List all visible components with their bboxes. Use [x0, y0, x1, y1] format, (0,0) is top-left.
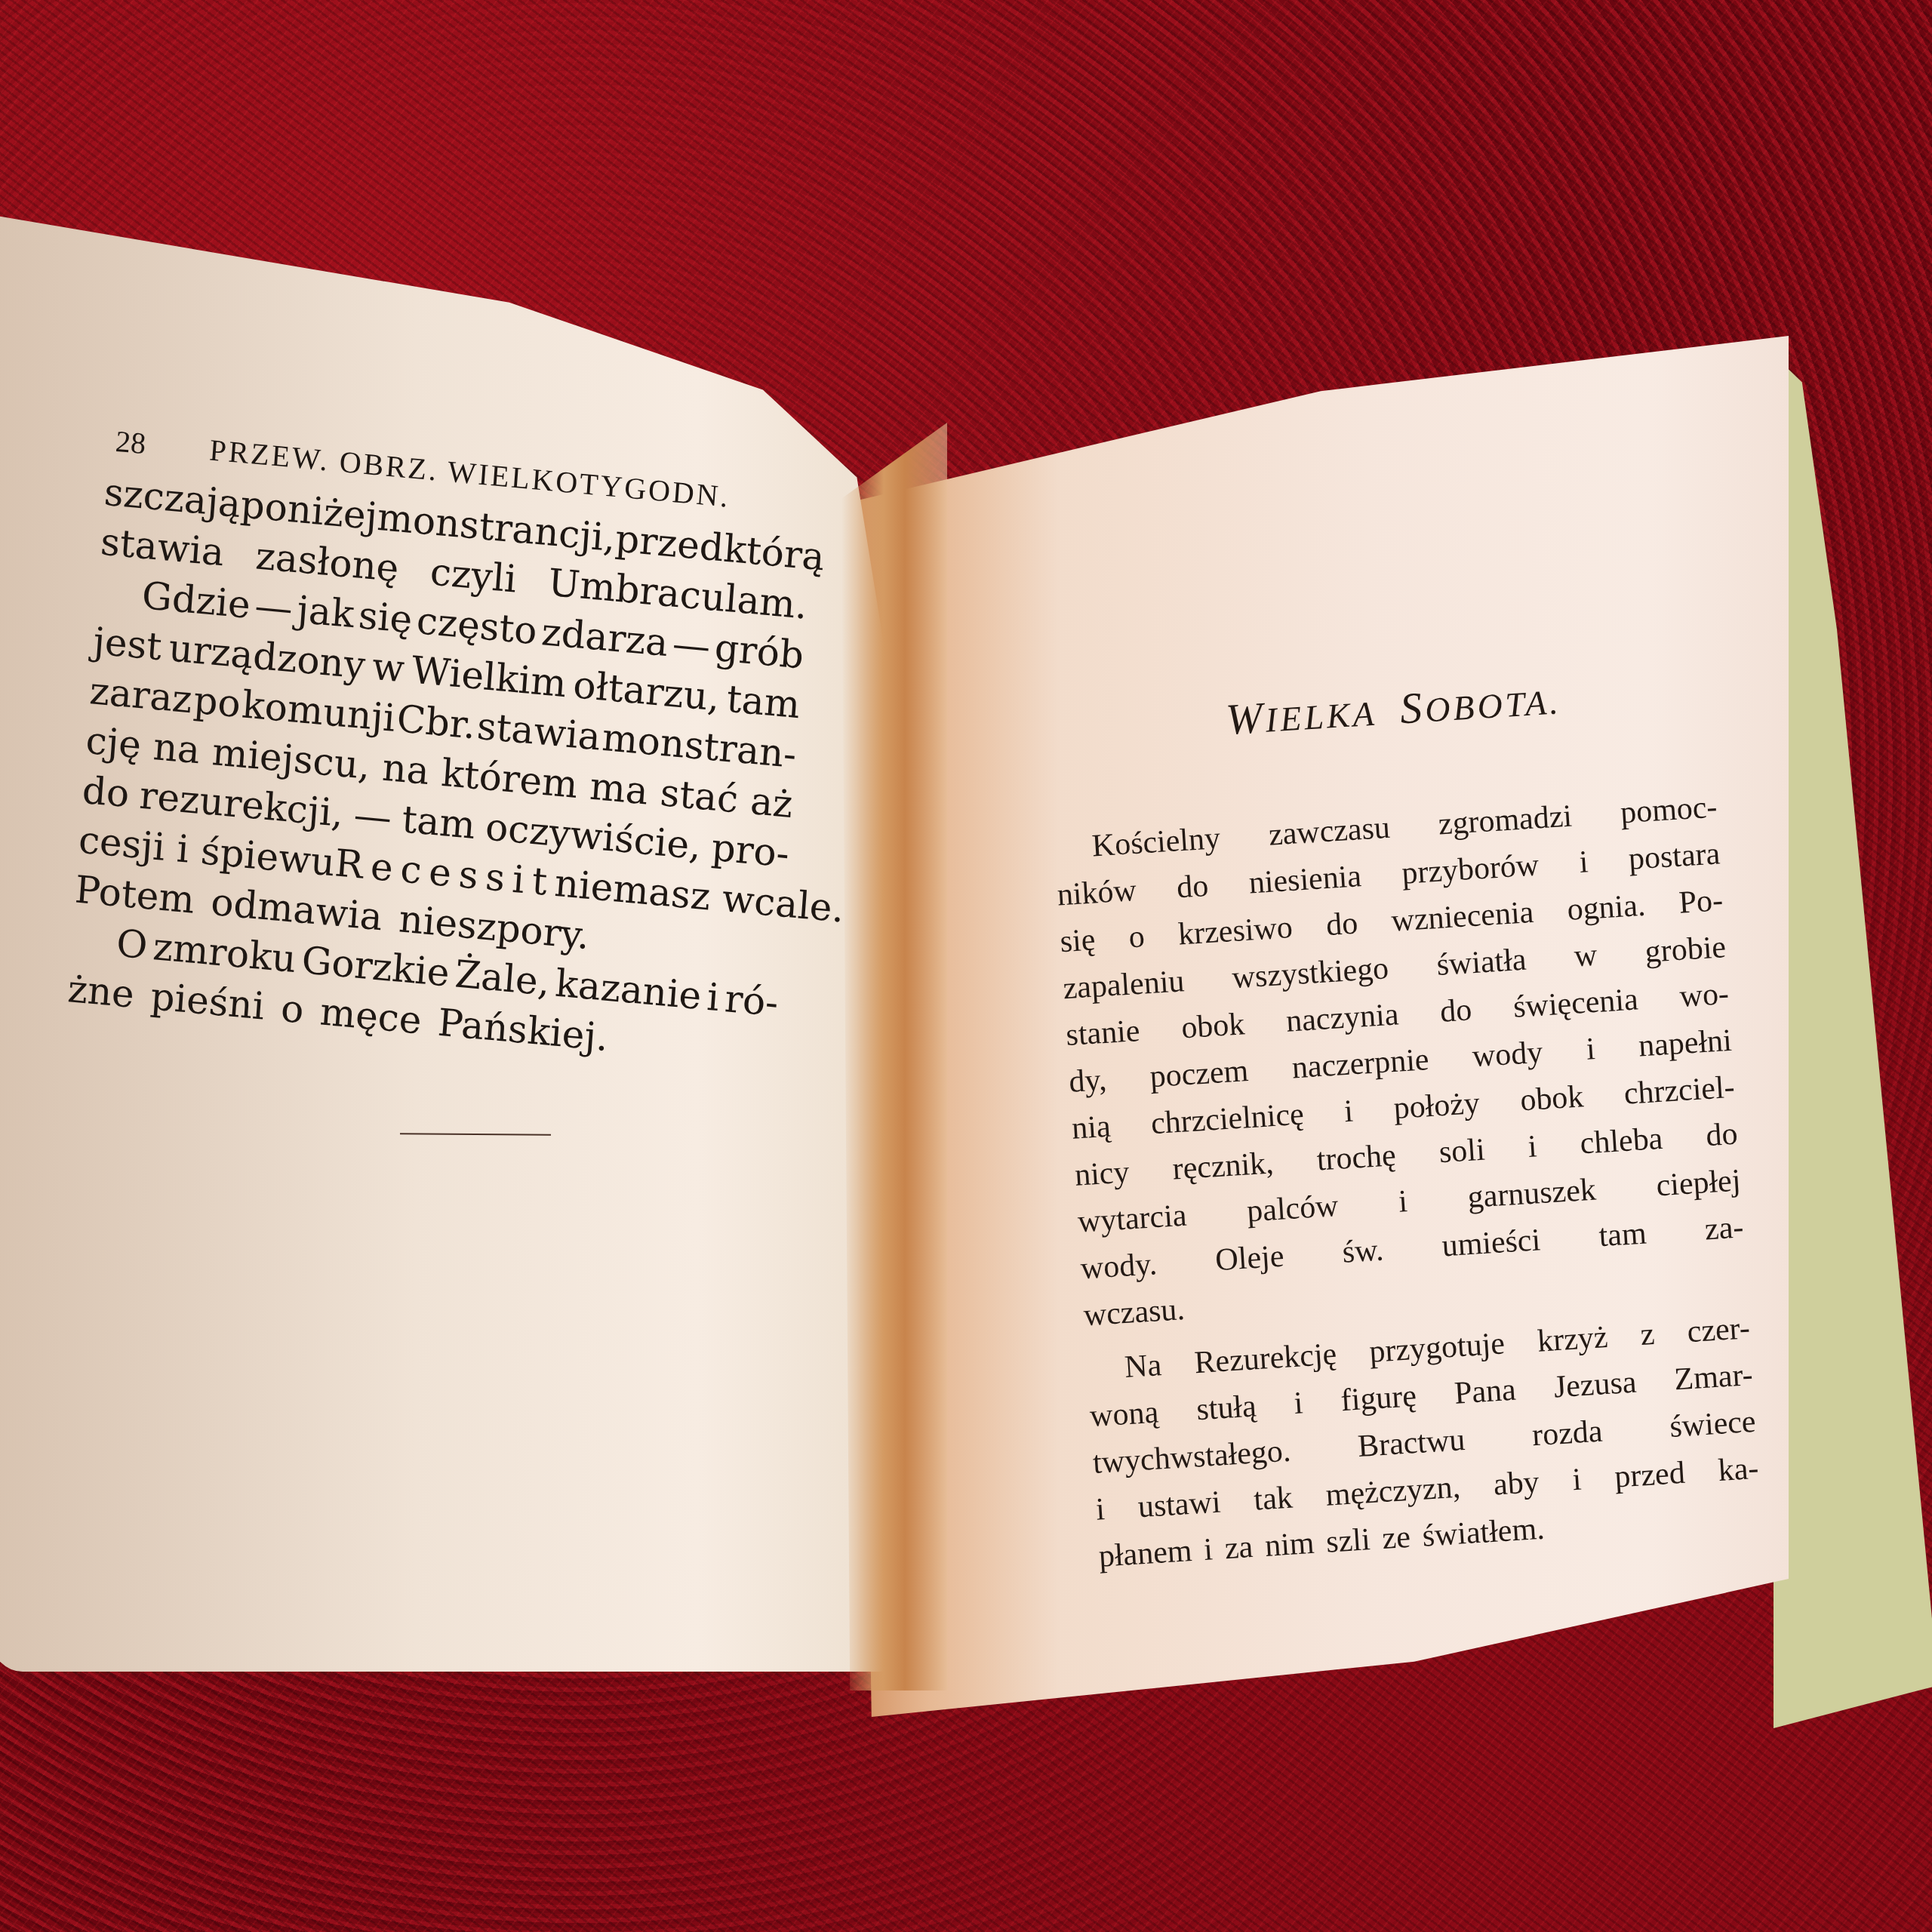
word: pomoc- — [1619, 783, 1718, 836]
word: ze — [1381, 1514, 1412, 1562]
word: wody. — [1079, 1241, 1158, 1292]
word: Rezurekcję — [1193, 1331, 1338, 1387]
word: rozda — [1531, 1408, 1604, 1460]
word: i — [1585, 1026, 1597, 1073]
word: płanem — [1097, 1527, 1193, 1580]
word: którą — [721, 524, 826, 583]
word: O — [115, 918, 149, 971]
word: poczem — [1149, 1048, 1250, 1100]
paragraph: NaRezurekcjęprzygotujekrzyżzczer-wonąstu… — [1085, 1305, 1763, 1580]
word: stać — [659, 768, 740, 824]
word: ognia. — [1566, 882, 1647, 934]
word: krzyż — [1536, 1314, 1609, 1365]
word: tam — [400, 794, 477, 851]
page-number: 28 — [115, 423, 147, 461]
word: się — [1059, 917, 1097, 966]
word: pieśni — [149, 971, 266, 1032]
word: świece — [1668, 1398, 1757, 1451]
word: ją — [205, 476, 242, 529]
word: ciepłej — [1655, 1157, 1743, 1209]
word: i — [705, 972, 721, 1023]
word: soli — [1438, 1127, 1486, 1177]
word: do — [1705, 1111, 1740, 1160]
word: i — [1527, 1123, 1539, 1171]
word: napełni — [1637, 1017, 1733, 1070]
word: wody — [1471, 1029, 1544, 1081]
word: do — [81, 765, 131, 819]
word: do — [1438, 986, 1473, 1035]
word: tam — [1598, 1210, 1648, 1260]
word: — — [253, 581, 294, 634]
word: na — [380, 743, 431, 796]
word: — — [671, 619, 712, 672]
word: położy — [1392, 1080, 1481, 1132]
word: i — [1202, 1526, 1214, 1574]
word: św. — [1341, 1226, 1385, 1275]
word: umieści — [1441, 1217, 1542, 1269]
word: światłem. — [1421, 1506, 1546, 1560]
book-gutter — [841, 423, 947, 1690]
word: szli — [1324, 1516, 1371, 1566]
word: się — [357, 590, 414, 645]
word: pro- — [710, 823, 791, 879]
word: wo- — [1678, 971, 1730, 1020]
word: grób — [713, 623, 805, 681]
word: Kościelny — [1091, 815, 1222, 870]
word: nicy — [1073, 1149, 1131, 1198]
word: czer- — [1686, 1305, 1752, 1355]
word: stułą — [1195, 1383, 1257, 1433]
word: zaraz — [88, 666, 195, 724]
open-book: 28 PRZEW. OBRZ. WIELKOTYGODN. szczająpon… — [0, 0, 1932, 1932]
word: i — [1094, 1486, 1106, 1534]
word: w — [1573, 932, 1598, 980]
word: męce — [318, 986, 423, 1045]
word: zgromadzi — [1437, 793, 1574, 848]
word: dy, — [1067, 1057, 1108, 1106]
word: Żale, — [454, 949, 552, 1007]
right-body: Kościelnyzawczasuzgromadzipomoc-nikówdon… — [1053, 783, 1763, 1580]
word: naczerpnie — [1291, 1036, 1430, 1091]
word: i — [1397, 1178, 1409, 1226]
word: — — [352, 790, 394, 843]
word: ma — [588, 761, 650, 817]
word: wczasu. — [1082, 1286, 1186, 1339]
word: mężczyzn, — [1324, 1464, 1462, 1519]
word: tam — [725, 674, 802, 731]
word: aż — [749, 776, 795, 829]
word: woną — [1088, 1389, 1160, 1440]
word: o — [1128, 913, 1146, 961]
word: Jezusa — [1552, 1359, 1638, 1411]
word: do — [1324, 900, 1359, 949]
word: stanie — [1065, 1008, 1142, 1059]
word: ręcznik, — [1171, 1140, 1275, 1192]
word: grobie — [1644, 924, 1727, 976]
word: i — [1343, 1088, 1355, 1136]
left-page-text: 28 PRZEW. OBRZ. WIELKOTYGODN. szczająpon… — [66, 423, 817, 1078]
word: Po- — [1678, 877, 1724, 927]
word: obok — [1518, 1073, 1585, 1124]
word: po — [192, 675, 242, 729]
word: ka- — [1717, 1445, 1760, 1494]
word: żne — [66, 964, 137, 1020]
word: ustawi — [1137, 1479, 1222, 1531]
word: garnuszek — [1466, 1167, 1598, 1222]
word: szcza — [103, 467, 208, 526]
word: przyborów — [1401, 841, 1540, 897]
right-page-text: WIELKA SOBOTA. Kościelnyzawczasuzgromadz… — [1045, 664, 1763, 1580]
word: wytarcia — [1076, 1192, 1188, 1246]
word: i — [1293, 1380, 1305, 1427]
word: w — [371, 641, 406, 694]
word: niesienia — [1247, 853, 1363, 906]
book-cover-edge — [1774, 355, 1932, 1728]
word: o — [279, 983, 306, 1035]
word: z — [1639, 1311, 1657, 1358]
word: figurę — [1340, 1373, 1418, 1424]
word: trochę — [1315, 1132, 1398, 1183]
word: i — [1571, 1456, 1583, 1503]
word: nią — [1070, 1103, 1112, 1152]
word: chrzciel- — [1623, 1064, 1736, 1118]
word: przed — [1614, 1450, 1687, 1501]
word: ników — [1056, 867, 1138, 918]
word: krzesiwo — [1177, 904, 1294, 958]
word: Zmar- — [1673, 1352, 1755, 1403]
word: Bractwu — [1356, 1417, 1466, 1470]
word: Pana — [1453, 1367, 1517, 1417]
word: nim — [1263, 1520, 1315, 1570]
word: święcenia — [1512, 977, 1639, 1031]
word: obok — [1180, 1001, 1246, 1051]
word: Cbr. — [395, 694, 477, 750]
word: Oleje — [1214, 1233, 1285, 1284]
word: za- — [1703, 1204, 1745, 1253]
word: i — [1578, 838, 1590, 886]
left-body: szczająponiżejmonstrancji,przedktórąstaw… — [66, 467, 813, 1078]
word: czyli — [429, 546, 518, 604]
word: światła — [1435, 937, 1528, 989]
word: naczynia — [1284, 991, 1400, 1044]
word: aby — [1492, 1459, 1540, 1509]
word: jest — [91, 616, 163, 672]
word: na — [152, 721, 202, 775]
word: zapaleniu — [1062, 958, 1186, 1012]
word: chrzcielnicę — [1149, 1091, 1305, 1148]
word: chleba — [1579, 1115, 1664, 1168]
word: cję — [85, 715, 143, 770]
word: tak — [1252, 1475, 1294, 1524]
paragraph: Kościelnyzawczasuzgromadzipomoc-nikówdon… — [1053, 783, 1748, 1339]
word: palców — [1245, 1183, 1340, 1235]
word: postara — [1627, 830, 1721, 882]
word: do — [1175, 863, 1210, 912]
word: zawczasu — [1267, 804, 1391, 859]
word: przygotuje — [1368, 1321, 1506, 1376]
word: za — [1223, 1524, 1254, 1572]
word: ró- — [723, 974, 780, 1028]
word: Na — [1123, 1342, 1163, 1391]
word: jak — [295, 585, 355, 640]
